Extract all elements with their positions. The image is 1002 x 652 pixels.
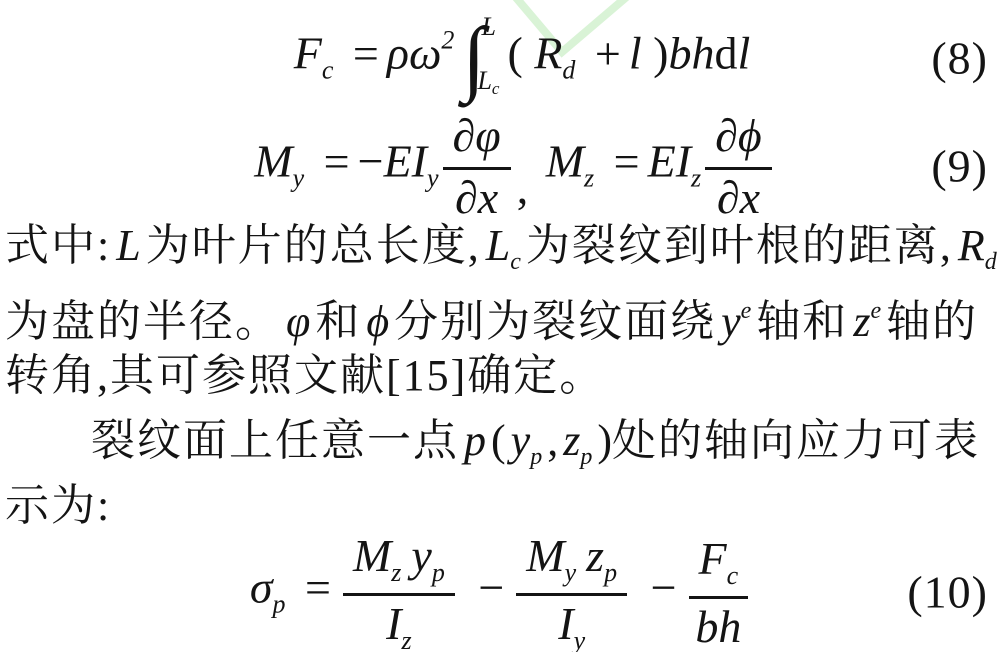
equation-10-row: σp =MzypIz −MyzpIy −Fcbh (10)	[0, 536, 1002, 648]
sub-y: y	[574, 626, 586, 652]
sub-p: p	[273, 590, 286, 619]
document-page: Fc =ρω2∫LLc( Rd +l )bhdl (8) My =−EIy∂φ∂…	[0, 0, 1002, 652]
sup-e: e	[741, 298, 752, 324]
var-y-e: ye	[721, 297, 751, 346]
sub-c: c	[322, 56, 334, 85]
var-yp: yp	[511, 416, 543, 465]
equals-sign: =	[353, 28, 379, 79]
var-y: y	[721, 297, 741, 346]
var-R: R	[958, 221, 985, 270]
sub-y: y	[427, 164, 439, 193]
var-EI: EI	[384, 136, 427, 187]
var-phi: ϕ	[366, 297, 389, 346]
sub-y: y	[293, 164, 305, 193]
fraction-denominator: ∂x	[705, 170, 772, 222]
cn-text: 分别为裂纹面绕	[394, 297, 716, 346]
cn-text: 示为:	[5, 481, 111, 530]
var-z: z	[853, 297, 870, 346]
sub-p: p	[530, 444, 542, 470]
cn-text: 式中:	[5, 221, 111, 270]
fraction-denominator: Iz	[343, 596, 455, 652]
integral: ∫LLc	[462, 12, 503, 104]
fraction-numerator: ∂ϕ	[705, 110, 772, 169]
sub-d: d	[985, 249, 997, 275]
fraction-denominator: bh	[689, 599, 749, 651]
sub-z: z	[401, 626, 411, 652]
rho-omega: ρω	[387, 28, 442, 79]
sub-z: z	[691, 164, 701, 193]
var-z-e: ze	[853, 297, 881, 346]
text-line-2: 为盘的半径。φ和ϕ分别为裂纹面绕ye轴和ze轴的	[5, 282, 997, 351]
equation-9-number: (9)	[931, 140, 988, 193]
integral-upper-limit: L	[481, 14, 503, 40]
cn-text: 转角,其可参照文献[15]确定。	[5, 351, 605, 400]
var-Lc: Lc	[486, 221, 521, 270]
fraction-Myzp-Iy: MyzpIy	[516, 530, 627, 652]
var-y: y	[411, 530, 431, 581]
cn-text: 为盘的半径。	[5, 297, 281, 346]
minus-sign: −	[651, 562, 677, 613]
var-z: z	[586, 530, 604, 581]
fraction-numerator: Mzyp	[343, 530, 455, 595]
var-M: M	[546, 136, 584, 187]
cn-text: 为叶片的总长度,	[146, 221, 481, 270]
fraction-dphi-dx: ∂φ∂x	[443, 110, 511, 222]
minus-sign: −	[478, 562, 504, 613]
fraction-denominator: Iy	[516, 596, 627, 652]
text-line-5: 示为:	[5, 477, 997, 535]
differential-d: d	[714, 28, 737, 79]
sub-z: z	[391, 558, 401, 587]
var-p: p	[464, 416, 486, 465]
cn-text: 裂纹面上任意一点	[91, 416, 459, 465]
var-I: I	[386, 598, 401, 649]
var-F: F	[294, 28, 322, 79]
comma: ,	[517, 162, 529, 213]
fraction-numerator: Fc	[689, 533, 749, 598]
equation-10-formula: σp =MzypIz −MyzpIy −Fcbh	[250, 530, 752, 652]
sub-p: p	[432, 558, 445, 587]
equals-sign: =	[324, 136, 350, 187]
sub-c: c	[510, 249, 521, 275]
equation-10-number: (10)	[907, 566, 988, 619]
text-line-1: 式中:L为叶片的总长度,Lc为裂纹到叶根的距离,Rd	[5, 217, 997, 291]
lower-limit-sub-c: c	[492, 79, 500, 98]
cn-text: 和	[315, 297, 361, 346]
var-z: z	[563, 416, 580, 465]
equation-8-formula: Fc =ρω2∫LLc( Rd +l )bhdl	[294, 12, 750, 104]
sub-z: z	[584, 164, 594, 193]
equation-8-number: (8)	[931, 32, 988, 85]
var-y: y	[511, 416, 531, 465]
fraction-Fc-bh: Fcbh	[689, 533, 749, 651]
fraction-numerator: Myzp	[516, 530, 627, 595]
sub-c: c	[727, 561, 739, 590]
fraction-numerator: ∂φ	[443, 110, 511, 169]
var-I: I	[558, 598, 573, 649]
var-M: M	[526, 530, 564, 581]
close-paren: )	[653, 28, 668, 79]
omega-exponent: 2	[441, 26, 454, 55]
fraction-dphi2-dx: ∂ϕ∂x	[705, 110, 772, 222]
var-L: L	[116, 221, 140, 270]
var-zp: zp	[563, 416, 592, 465]
var-M: M	[353, 530, 391, 581]
sub-p: p	[604, 558, 617, 587]
var-M: M	[254, 136, 292, 187]
equation-9-formula: My =−EIy∂φ∂x, Mz =EIz∂ϕ∂x	[254, 110, 775, 222]
integral-limits: LLc	[481, 14, 503, 102]
cn-text: 轴和	[756, 297, 848, 346]
cn-text: 处的轴向应力可表	[612, 416, 980, 465]
plus-sign: +	[595, 28, 621, 79]
cn-text: 为裂纹到叶根的距离,	[526, 221, 953, 270]
comma: ,	[547, 416, 558, 465]
var-sigma: σ	[250, 562, 273, 613]
sub-y: y	[565, 558, 577, 587]
sub-d: d	[562, 56, 575, 85]
equals-sign: =	[614, 136, 640, 187]
equation-9-row: My =−EIy∂φ∂x, Mz =EIz∂ϕ∂x (9)	[0, 112, 1002, 220]
var-l: l	[629, 28, 642, 79]
sup-e: e	[870, 298, 881, 324]
lower-limit-L: L	[477, 66, 491, 95]
differential-l: l	[737, 28, 750, 79]
cn-text: 轴的	[886, 297, 978, 346]
var-EI: EI	[648, 136, 691, 187]
fraction-Mzyp-Iz: MzypIz	[343, 530, 455, 652]
minus-sign: −	[358, 136, 384, 187]
fraction-denominator: ∂x	[443, 170, 511, 222]
var-R: R	[534, 28, 562, 79]
var-F: F	[699, 533, 727, 584]
factor-bh: bh	[668, 28, 714, 79]
text-line-3: 转角,其可参照文献[15]确定。	[5, 347, 997, 405]
integral-lower-limit: Lc	[477, 68, 499, 102]
open-paren: (	[491, 416, 506, 465]
equation-8-row: Fc =ρω2∫LLc( Rd +l )bhdl (8)	[0, 6, 1002, 110]
var-Rd: Rd	[958, 221, 997, 270]
var-L: L	[486, 221, 510, 270]
sub-p: p	[580, 444, 592, 470]
text-line-4: 裂纹面上任意一点p(yp,zp)处的轴向应力可表	[5, 412, 997, 486]
var-varphi: φ	[286, 297, 310, 346]
open-paren: (	[507, 28, 522, 79]
equals-sign: =	[305, 562, 331, 613]
close-paren: )	[597, 416, 612, 465]
